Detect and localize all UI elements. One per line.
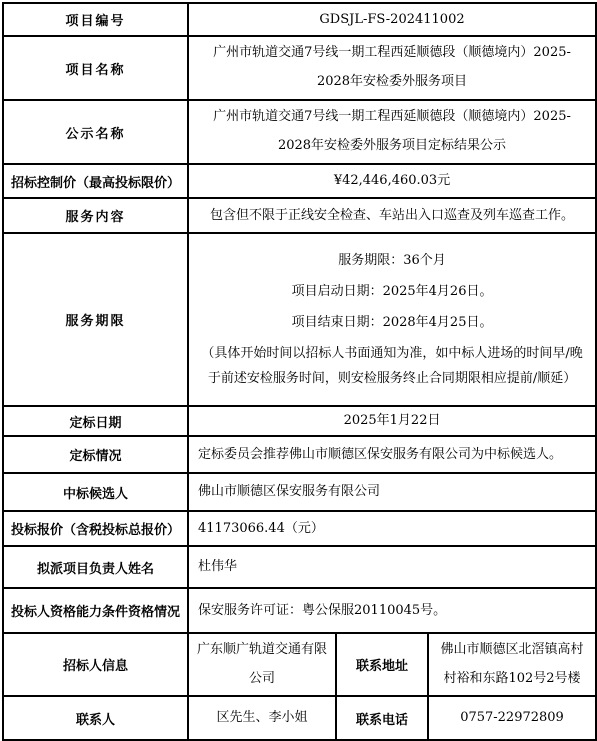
service-period-line-start: 项目启动日期：2025年4月26日。 — [193, 279, 591, 304]
table-row-announcement-name: 公示名称 广州市轨道交通7号线一期工程西延顺德段（顺德境内）2025-2028年… — [3, 100, 596, 164]
table-row-bid-price: 投标报价（含税投标总报价） 41173066.44（元） — [3, 511, 596, 546]
tender-result-table: 项目编号 GDSJL-FS-202411002 项目名称 广州市轨道交通7号线一… — [2, 2, 597, 741]
project-manager-value: 杜伟华 — [188, 546, 596, 588]
winning-candidate-label: 中标候选人 — [3, 473, 188, 511]
table-row-project-number: 项目编号 GDSJL-FS-202411002 — [3, 3, 596, 36]
project-number-label: 项目编号 — [3, 3, 188, 36]
tenderer-info-value: 广东顺广轨道交通有限公司 — [188, 633, 336, 696]
bid-price-label: 投标报价（含税投标总报价） — [3, 511, 188, 546]
table-row-project-manager: 拟派项目负责人姓名 杜伟华 — [3, 546, 596, 588]
project-manager-label: 拟派项目负责人姓名 — [3, 546, 188, 588]
service-period-line-duration: 服务期限：36个月 — [193, 248, 591, 273]
table-row-service-period: 服务期限 服务期限：36个月 项目启动日期：2025年4月26日。 项目结束日期… — [3, 233, 596, 406]
service-content-label: 服务内容 — [3, 198, 188, 233]
table-row-project-name: 项目名称 广州市轨道交通7号线一期工程西延顺德段（顺德境内）2025-2028年… — [3, 36, 596, 100]
table-row-winning-candidate: 中标候选人 佛山市顺德区保安服务有限公司 — [3, 473, 596, 511]
service-period-line-note: （具体开始时间以招标人书面通知为准，如中标人进场的时间早/晚于前述安检服务时间，… — [193, 341, 591, 391]
table-row-award-date: 定标日期 2025年1月22日 — [3, 406, 596, 436]
winning-candidate-value: 佛山市顺德区保安服务有限公司 — [188, 473, 596, 511]
award-date-label: 定标日期 — [3, 406, 188, 436]
announcement-name-value: 广州市轨道交通7号线一期工程西延顺德段（顺德境内）2025-2028年安检委外服… — [188, 100, 596, 164]
contact-address-label: 联系地址 — [336, 633, 428, 696]
price-ceiling-value: ¥42,446,460.03元 — [188, 164, 596, 198]
price-ceiling-label: 招标控制价（最高投标限价） — [3, 164, 188, 198]
award-result-value: 定标委员会推荐佛山市顺德区保安服务有限公司为中标候选人。 — [188, 436, 596, 473]
service-period-label: 服务期限 — [3, 233, 188, 406]
tenderer-info-label: 招标人信息 — [3, 633, 188, 696]
qualification-value: 保安服务许可证：粤公保服20110045号。 — [188, 588, 596, 633]
qualification-label: 投标人资格能力条件资格情况 — [3, 588, 188, 633]
project-name-value: 广州市轨道交通7号线一期工程西延顺德段（顺德境内）2025-2028年安检委外服… — [188, 36, 596, 100]
table-row-service-content: 服务内容 包含但不限于正线安全检查、车站出入口巡查及列车巡查工作。 — [3, 198, 596, 233]
project-name-label: 项目名称 — [3, 36, 188, 100]
service-content-value: 包含但不限于正线安全检查、车站出入口巡查及列车巡查工作。 — [188, 198, 596, 233]
table-row-price-ceiling: 招标控制价（最高投标限价） ¥42,446,460.03元 — [3, 164, 596, 198]
contact-address-value: 佛山市顺德区北滘镇高村村裕和东路102号2号楼 — [428, 633, 596, 696]
project-number-value: GDSJL-FS-202411002 — [188, 3, 596, 36]
service-period-line-end: 项目结束日期：2028年4月25日。 — [193, 310, 591, 335]
table-row-qualification: 投标人资格能力条件资格情况 保安服务许可证：粤公保服20110045号。 — [3, 588, 596, 633]
award-result-label: 定标情况 — [3, 436, 188, 473]
announcement-name-label: 公示名称 — [3, 100, 188, 164]
bid-price-value: 41173066.44（元） — [188, 511, 596, 546]
service-period-value: 服务期限：36个月 项目启动日期：2025年4月26日。 项目结束日期：2028… — [188, 233, 596, 406]
table-row-tenderer-info: 招标人信息 广东顺广轨道交通有限公司 联系地址 佛山市顺德区北滘镇高村村裕和东路… — [3, 633, 596, 696]
award-date-value: 2025年1月22日 — [188, 406, 596, 436]
table-row-award-result: 定标情况 定标委员会推荐佛山市顺德区保安服务有限公司为中标候选人。 — [3, 436, 596, 473]
